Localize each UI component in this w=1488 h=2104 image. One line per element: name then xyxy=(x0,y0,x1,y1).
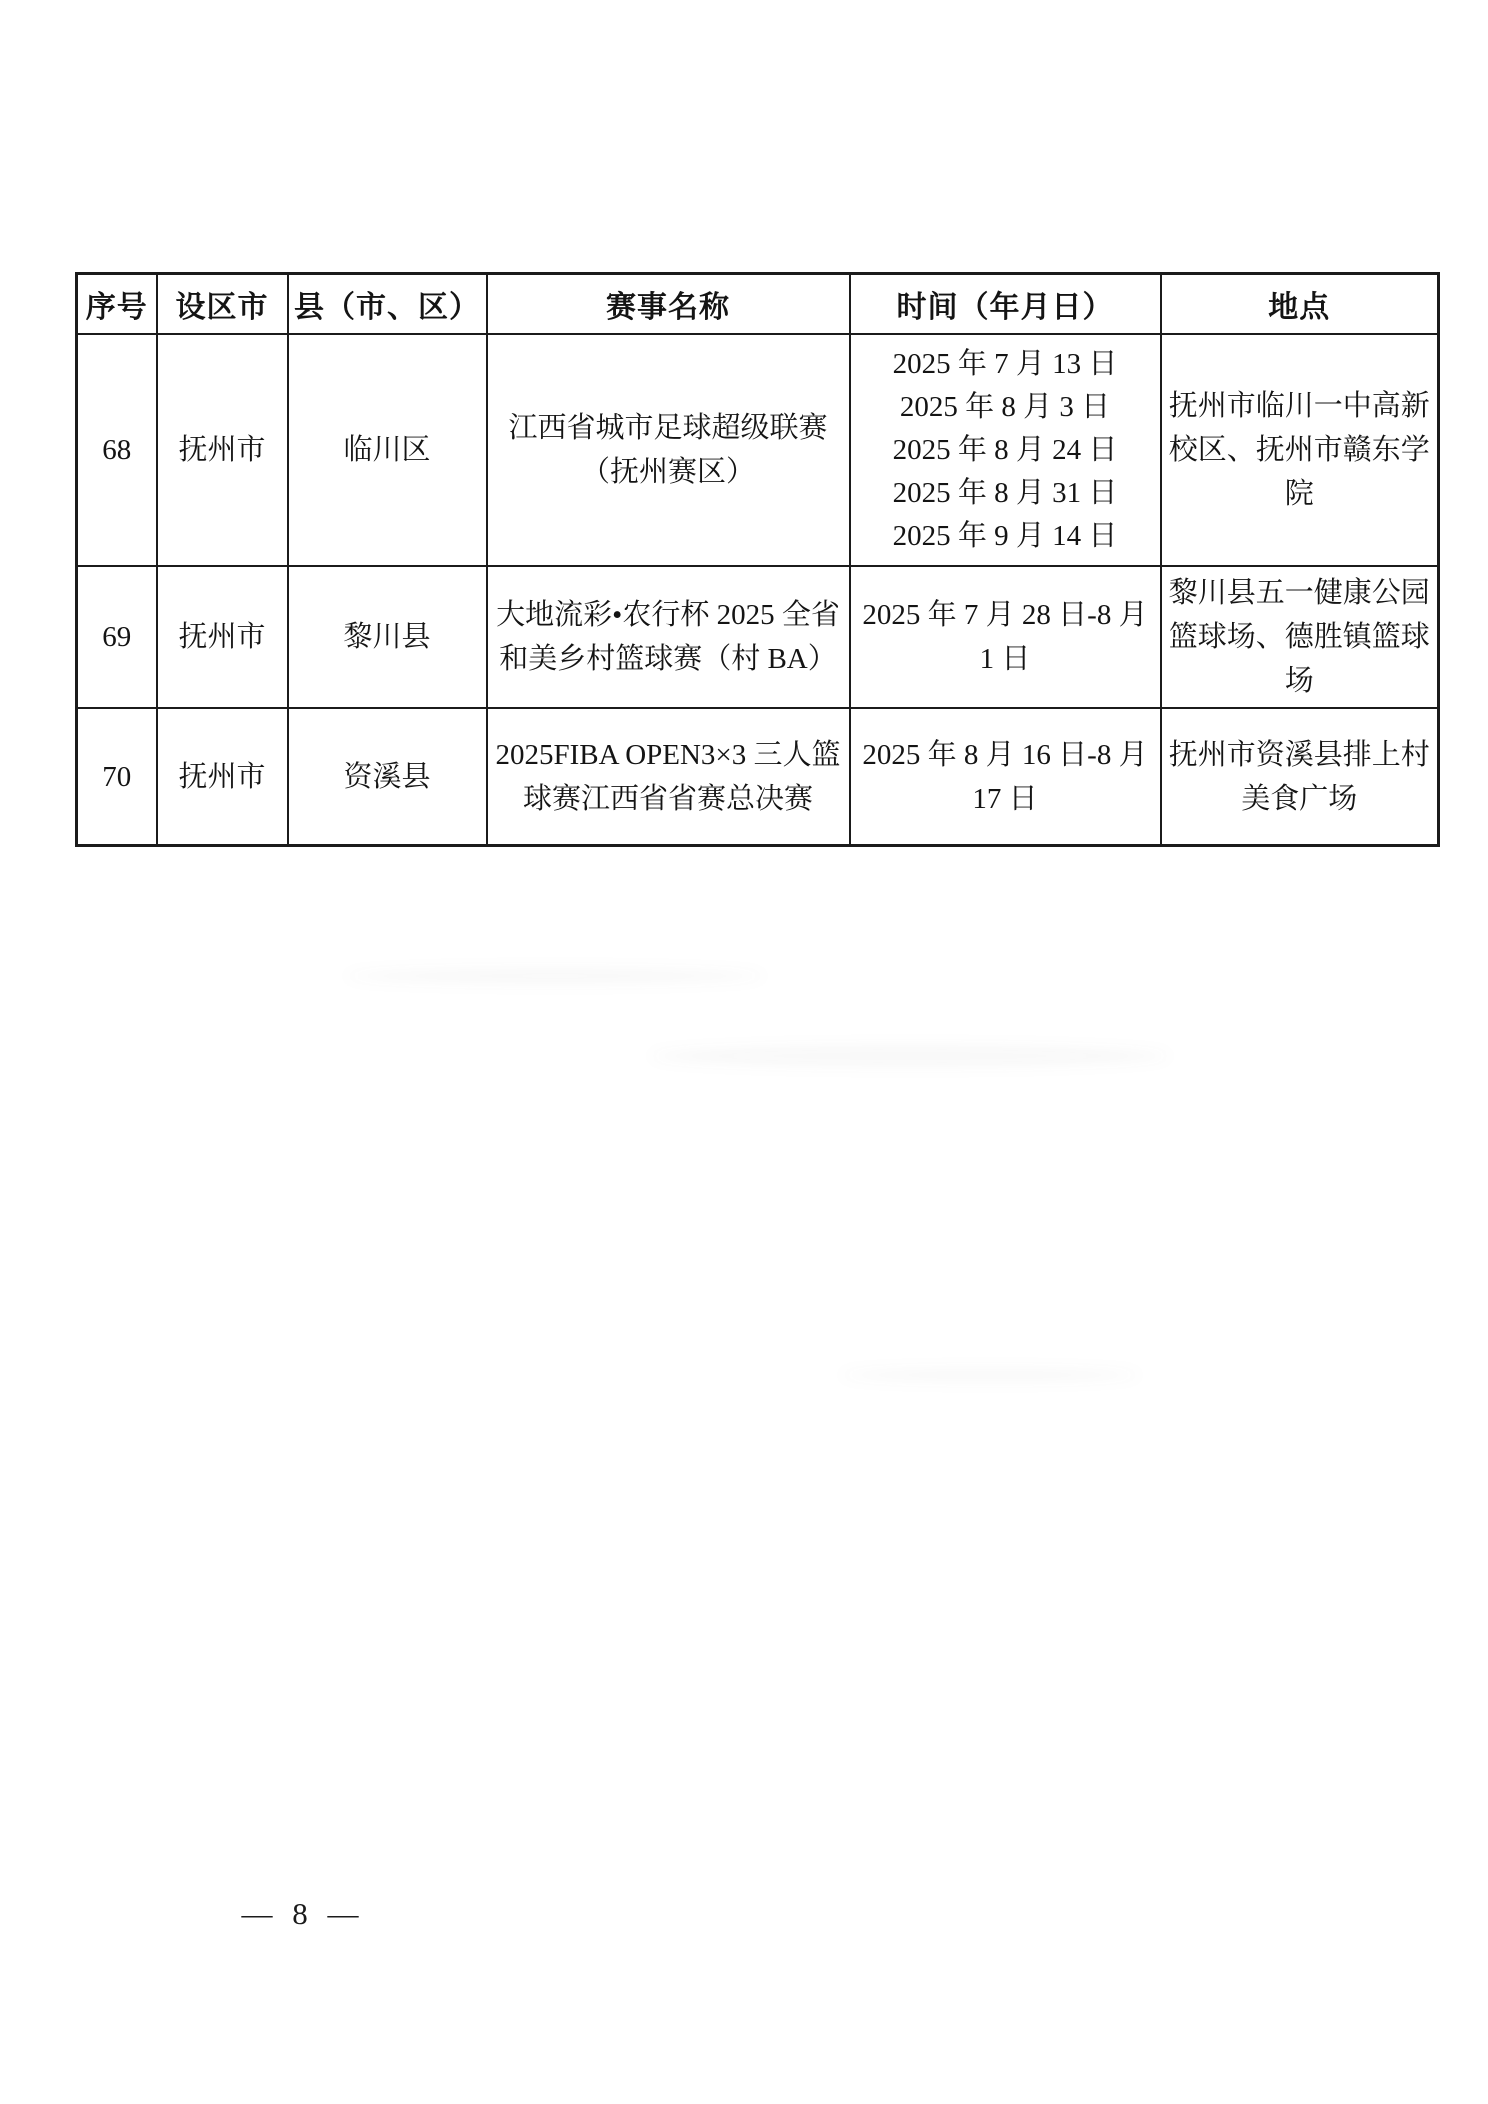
cell-event: 江西省城市足球超级联赛（抚州赛区） xyxy=(487,334,850,566)
cell-city: 抚州市 xyxy=(157,334,288,566)
cell-county: 黎川县 xyxy=(288,566,487,708)
cell-location: 抚州市资溪县排上村美食广场 xyxy=(1161,708,1439,846)
header-cell-location: 地点 xyxy=(1161,274,1439,335)
events-table: 序号 设区市 县（市、区） 赛事名称 时间（年月日） 地点 68 抚州市 临川区… xyxy=(75,272,1440,847)
time-line: 2025 年 8 月 31 日 xyxy=(855,472,1156,515)
time-line: 2025 年 9 月 14 日 xyxy=(855,515,1156,558)
header-cell-time: 时间（年月日） xyxy=(850,274,1161,335)
time-line: 2025 年 8 月 3 日 xyxy=(855,386,1156,429)
scan-artifact xyxy=(840,1368,1140,1382)
cell-county: 临川区 xyxy=(288,334,487,566)
cell-event: 2025FIBA OPEN3×3 三人篮球赛江西省省赛总决赛 xyxy=(487,708,850,846)
header-cell-no: 序号 xyxy=(77,274,157,335)
cell-no: 69 xyxy=(77,566,157,708)
table-row: 69 抚州市 黎川县 大地流彩•农行杯 2025 全省和美乡村篮球赛（村 BA）… xyxy=(77,566,1439,708)
cell-no: 70 xyxy=(77,708,157,846)
table-row: 70 抚州市 资溪县 2025FIBA OPEN3×3 三人篮球赛江西省省赛总决… xyxy=(77,708,1439,846)
scan-artifact xyxy=(650,1045,1170,1067)
page-number: — 8 — xyxy=(238,1896,368,1932)
cell-time: 2025 年 7 月 13 日 2025 年 8 月 3 日 2025 年 8 … xyxy=(850,334,1161,566)
header-cell-event: 赛事名称 xyxy=(487,274,850,335)
scan-artifact xyxy=(345,968,765,984)
cell-city: 抚州市 xyxy=(157,708,288,846)
table-row: 68 抚州市 临川区 江西省城市足球超级联赛（抚州赛区） 2025 年 7 月 … xyxy=(77,334,1439,566)
time-line: 2025 年 7 月 13 日 xyxy=(855,343,1156,386)
cell-location: 黎川县五一健康公园篮球场、德胜镇篮球场 xyxy=(1161,566,1439,708)
header-cell-city: 设区市 xyxy=(157,274,288,335)
cell-county: 资溪县 xyxy=(288,708,487,846)
header-cell-county: 县（市、区） xyxy=(288,274,487,335)
cell-location: 抚州市临川一中高新校区、抚州市赣东学院 xyxy=(1161,334,1439,566)
table-header-row: 序号 设区市 县（市、区） 赛事名称 时间（年月日） 地点 xyxy=(77,274,1439,335)
cell-time: 2025 年 7 月 28 日-8 月 1 日 xyxy=(850,566,1161,708)
cell-time: 2025 年 8 月 16 日-8 月 17 日 xyxy=(850,708,1161,846)
time-line: 2025 年 8 月 24 日 xyxy=(855,429,1156,472)
document-page: 序号 设区市 县（市、区） 赛事名称 时间（年月日） 地点 68 抚州市 临川区… xyxy=(0,0,1488,2104)
cell-no: 68 xyxy=(77,334,157,566)
cell-city: 抚州市 xyxy=(157,566,288,708)
cell-event: 大地流彩•农行杯 2025 全省和美乡村篮球赛（村 BA） xyxy=(487,566,850,708)
